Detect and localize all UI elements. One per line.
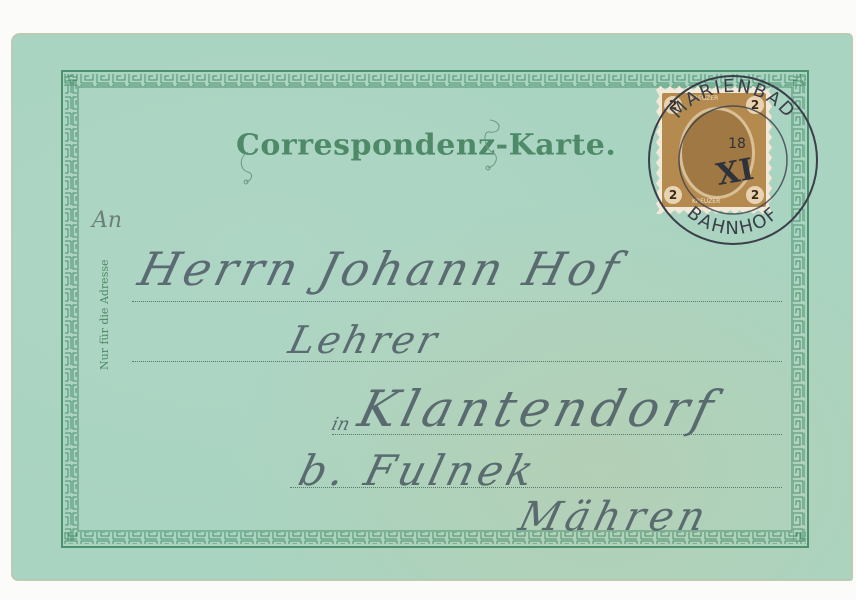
postmark-month: XI [714, 152, 757, 193]
handwritten-town: Klantendorf [353, 380, 724, 438]
handwritten-region: Mähren [514, 494, 715, 540]
svg-text:BAHNHOF: BAHNHOF [683, 202, 783, 239]
address-line-1 [132, 301, 782, 302]
address-line-2 [132, 361, 782, 362]
postmark-day: 18 [728, 136, 746, 152]
handwritten-nearby-town: b. Fulnek [294, 446, 543, 495]
card-title: Correspondenz-Karte. [236, 129, 616, 162]
svg-text:MARIENBAD: MARIENBAD [666, 76, 800, 123]
address-prefix: An [92, 208, 122, 233]
handwritten-recipient-name: Herrn Johann Hof [133, 242, 628, 296]
postmark-town: MARIENBAD [666, 76, 800, 123]
postmark-cancel: MARIENBAD BAHNHOF 18 XI [645, 72, 821, 248]
postmark-station: BAHNHOF [683, 202, 783, 239]
address-only-note: Nur für die Adresse [98, 260, 111, 371]
handwritten-occupation: Lehrer [285, 318, 445, 362]
title-flourish-icon [236, 150, 276, 186]
title-flourish-icon [470, 118, 510, 174]
